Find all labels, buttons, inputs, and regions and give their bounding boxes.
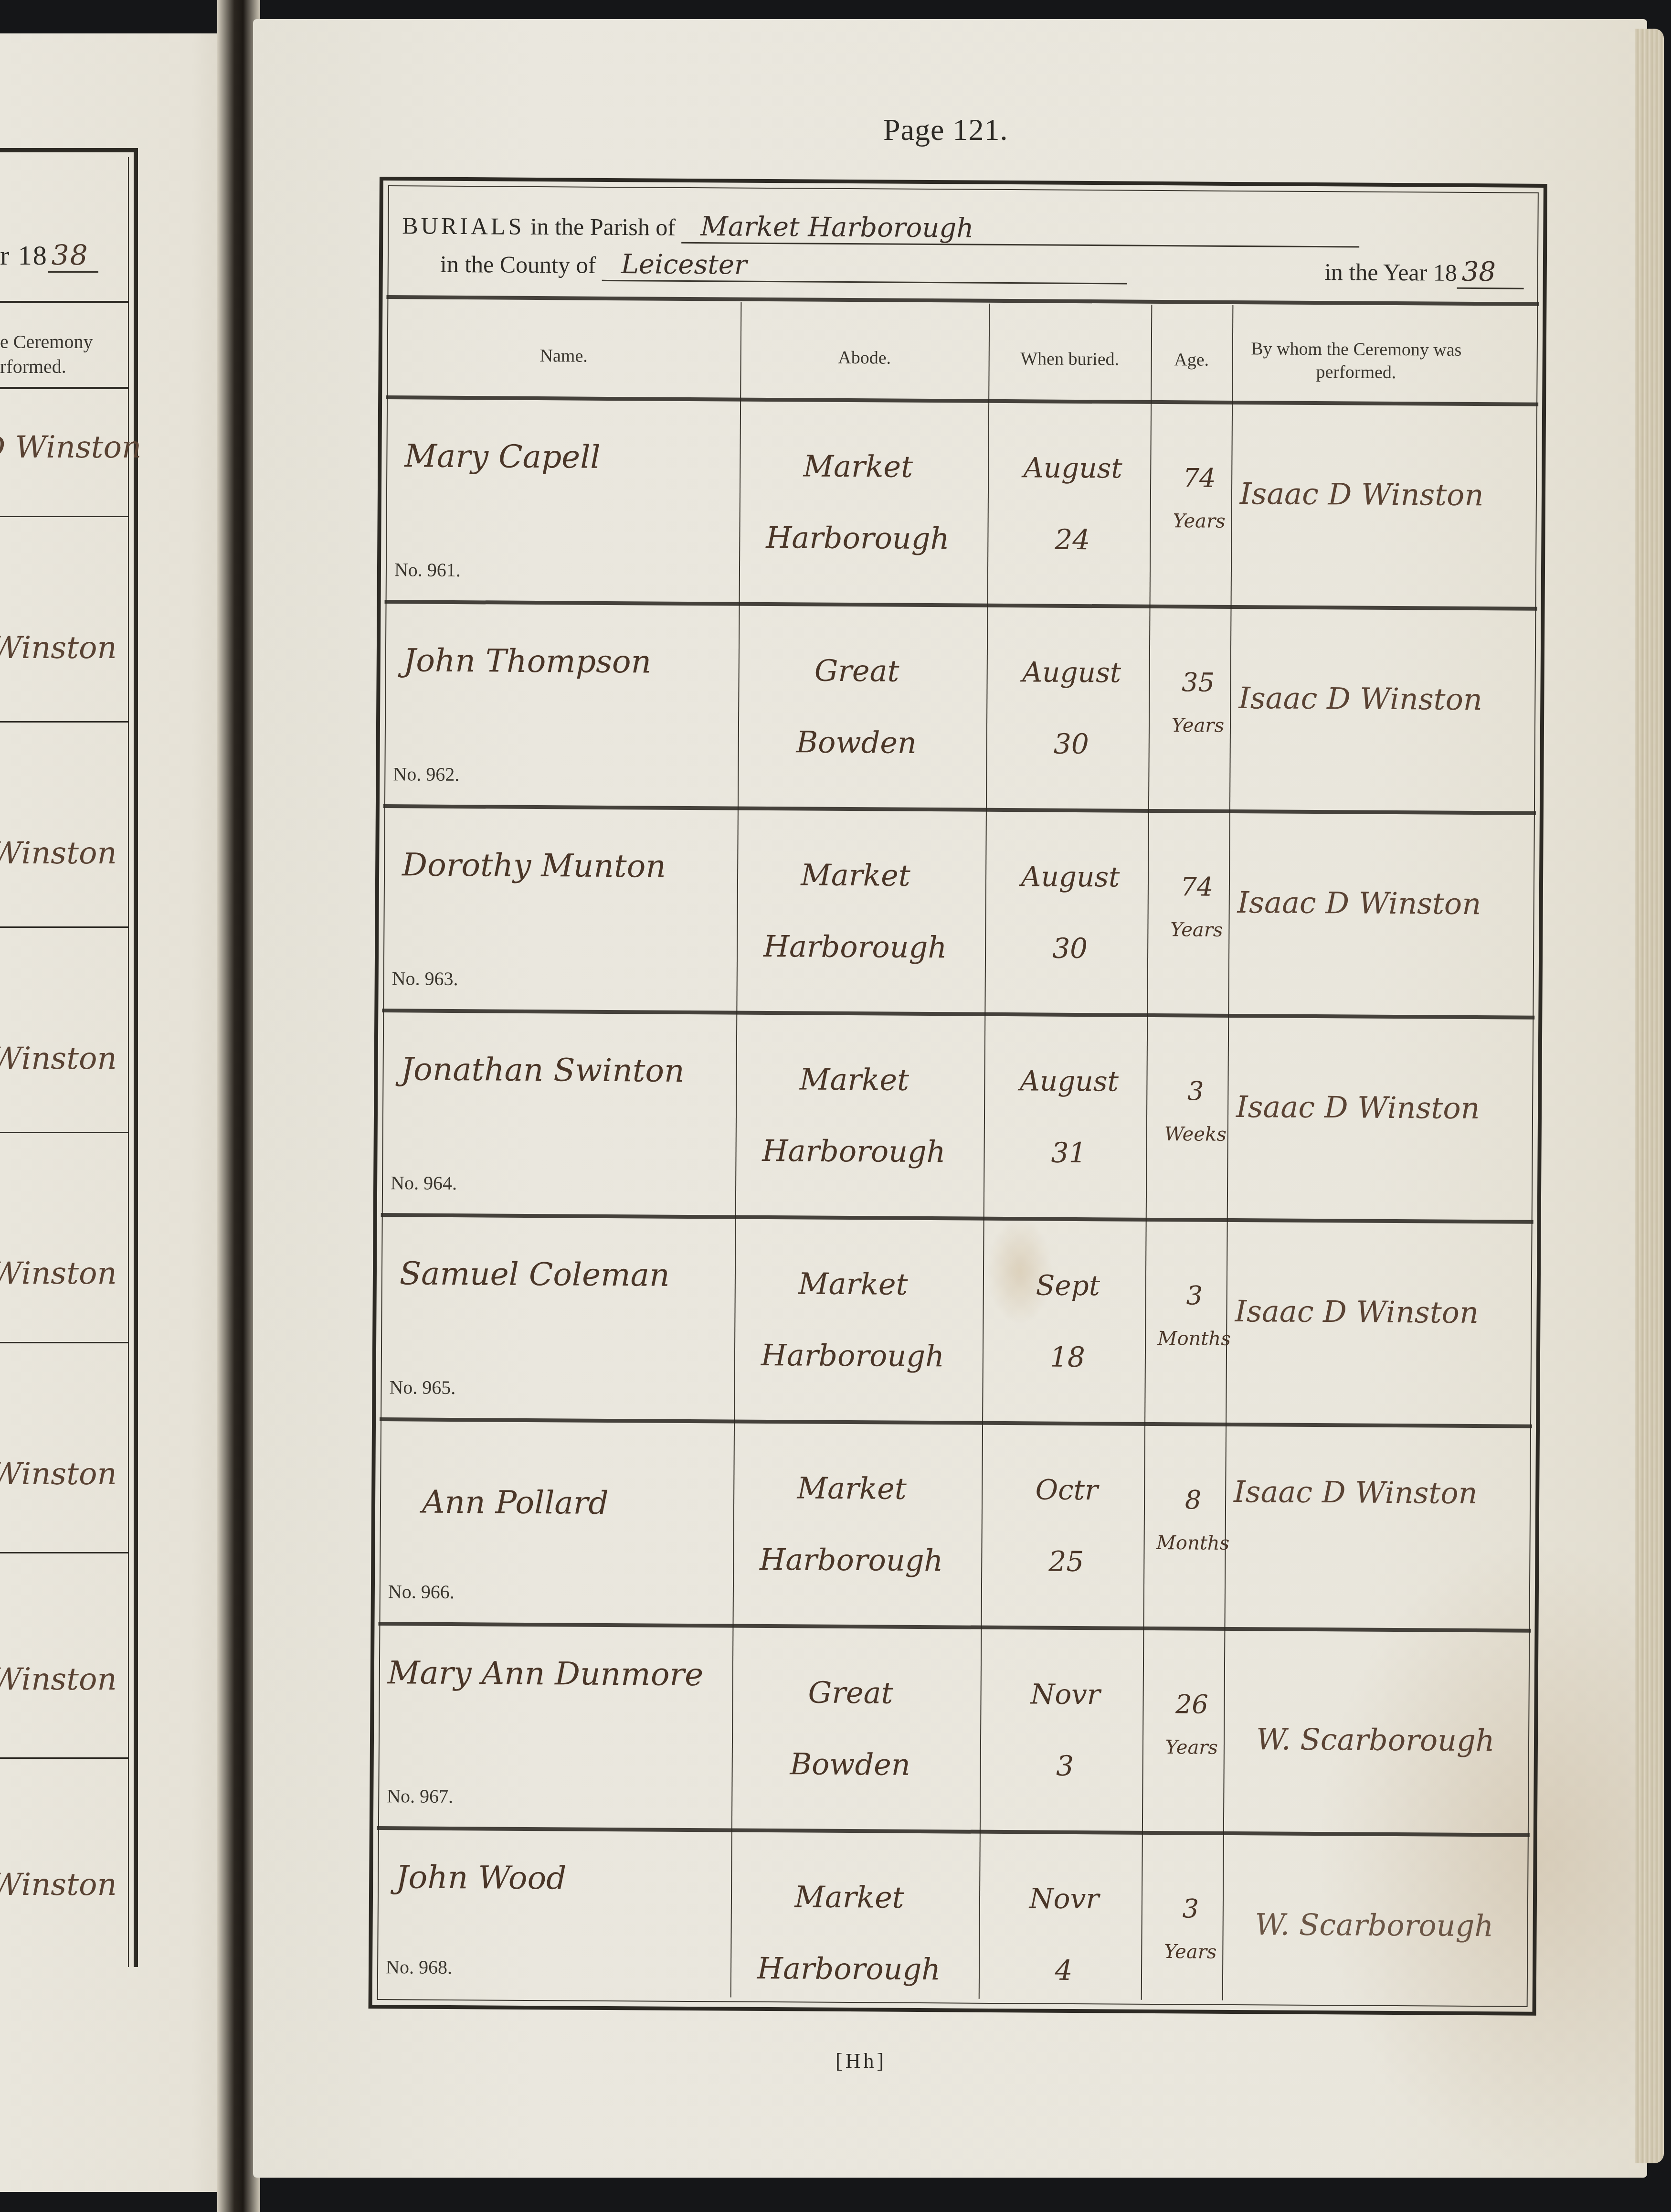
register-entry: Jonathan Swinton No. 964. MarketHarborou… <box>381 1012 1535 1220</box>
entry-abode: MarketHarborough <box>730 1861 969 2006</box>
entry-name: Mary Ann Dunmore <box>388 1654 704 1693</box>
entry-number: No. 962. <box>393 763 459 786</box>
left-row-rule <box>0 1552 129 1553</box>
left-row-rule <box>0 1132 129 1133</box>
burial-register-table: BURIALS in the Parish of Market Harborou… <box>369 177 1547 2016</box>
burials-title: BURIALS <box>402 212 524 240</box>
left-officiant-signature: Winston <box>0 1662 117 1697</box>
entry-age: 3Weeks <box>1155 1060 1237 1147</box>
page-number: Page 121. <box>883 112 1008 148</box>
county-line: in the County of Leicester <box>440 248 1127 285</box>
left-row-rule <box>0 1342 129 1343</box>
column-header-age: Age. <box>1151 324 1232 396</box>
entry-number: No. 968. <box>386 1956 452 1978</box>
entry-age: 3Years <box>1150 1878 1231 1964</box>
left-row-rule <box>0 721 129 723</box>
register-entry: John Thompson No. 962. GreatBowden Augus… <box>383 604 1537 811</box>
column-header-when-buried: When buried. <box>988 323 1151 395</box>
entry-age: 8Months <box>1152 1469 1234 1555</box>
entry-burial-date: Sept18 <box>986 1249 1149 1393</box>
register-entry: John Wood No. 968. MarketHarborough Novr… <box>376 1830 1530 2004</box>
entry-name: Jonathan Swinton <box>401 1051 684 1089</box>
register-entry: Mary Ann Dunmore No. 967. GreatBowden No… <box>377 1626 1531 1833</box>
register-entry: Mary Capell No. 961. MarketHarborough Au… <box>385 399 1539 607</box>
entry-number: No. 967. <box>387 1785 453 1808</box>
entry-officiant: Isaac D Winston <box>1240 476 1484 512</box>
entry-abode: GreatBowden <box>730 1657 970 1801</box>
register-entry: Dorothy Munton No. 963. MarketHarborough… <box>382 808 1536 1016</box>
left-officiant-signature: Winston <box>0 1867 117 1903</box>
left-row-rule <box>0 926 129 928</box>
left-officiant-signature: Winston <box>0 1041 117 1076</box>
entry-age: 35Years <box>1157 651 1239 738</box>
entry-abode: MarketHarborough <box>734 1043 974 1188</box>
entry-officiant: Isaac D Winston <box>1236 1089 1480 1126</box>
column-header-name: Name. <box>387 319 740 393</box>
entry-officiant: W. Scarborough <box>1256 1722 1495 1758</box>
entry-officiant: Isaac D Winston <box>1238 681 1482 717</box>
entry-burial-date: Novr3 <box>984 1658 1147 1802</box>
left-officiant-signature: Winston <box>0 836 117 871</box>
entry-burial-date: August30 <box>989 840 1152 985</box>
entry-number: No. 965. <box>389 1376 455 1399</box>
entry-officiant: Isaac D Winston <box>1234 1474 1478 1510</box>
entry-abode: MarketHarborough <box>733 1248 973 1393</box>
signature-mark: [Hh] <box>835 2049 887 2073</box>
left-column-header-fragment: e Ceremony rformed. <box>0 330 93 379</box>
left-officiant-signature: Winston <box>0 1256 117 1291</box>
year-line: in the Year 1838 <box>1324 255 1524 289</box>
entry-number: No. 961. <box>394 558 461 581</box>
left-row-rule <box>0 1757 129 1759</box>
entry-name: Mary Capell <box>404 437 601 476</box>
entry-burial-date: August24 <box>991 432 1154 576</box>
entry-officiant: Isaac D Winston <box>1237 885 1481 921</box>
entry-abode: MarketHarborough <box>738 430 978 575</box>
year-field: 38 <box>1457 256 1524 289</box>
entry-name: John Thompson <box>403 642 652 680</box>
column-header-abode: Abode. <box>740 321 989 394</box>
entry-age: 74Years <box>1158 447 1240 533</box>
header-rule <box>386 295 1539 306</box>
register-entry: Samuel Coleman No. 965. MarketHarborough… <box>380 1217 1534 1425</box>
left-officiant-signature: D Winston <box>0 430 141 465</box>
left-header-rule <box>0 387 129 389</box>
entry-name: John Wood <box>396 1859 567 1896</box>
entry-officiant: Isaac D Winston <box>1235 1294 1479 1330</box>
left-facing-page: r 1838 e Ceremony rformed. D Winston Win… <box>0 33 239 2192</box>
entry-name: Ann Pollard <box>422 1484 609 1521</box>
entry-burial-date: Novr4 <box>983 1862 1146 2007</box>
entry-number: No. 964. <box>391 1171 457 1194</box>
page-edges <box>1635 29 1664 2163</box>
entry-burial-date: Octr25 <box>985 1454 1148 1598</box>
entry-name: Samuel Coleman <box>400 1255 670 1293</box>
county-field: Leicester <box>602 249 1127 285</box>
entry-abode: GreatBowden <box>737 635 976 779</box>
entry-number: No. 966. <box>388 1580 455 1603</box>
entry-burial-date: August31 <box>987 1045 1151 1189</box>
left-officiant-signature: Winston <box>0 1457 117 1492</box>
parish-field: Market Harborough <box>681 211 1359 248</box>
left-year-label: r 1838 <box>0 239 98 271</box>
register-entry: Ann Pollard No. 966. MarketHarborough Oc… <box>379 1421 1533 1629</box>
entry-number: No. 963. <box>392 967 458 990</box>
left-officiant-signature: Winston <box>0 630 117 666</box>
column-header-officiant: By whom the Ceremony was performed. <box>1232 324 1481 397</box>
entry-officiant: W. Scarborough <box>1255 1907 1493 1943</box>
entry-name: Dorothy Munton <box>402 846 666 884</box>
left-row-rule <box>0 516 129 517</box>
entry-age: 3Months <box>1153 1265 1235 1351</box>
entry-burial-date: August30 <box>990 636 1153 780</box>
entry-abode: MarketHarborough <box>732 1452 972 1597</box>
register-page: Page 121. BURIALS in the Parish of Marke… <box>253 19 1647 2178</box>
parish-line: BURIALS in the Parish of Market Harborou… <box>402 209 1359 247</box>
entry-age: 74Years <box>1156 856 1237 942</box>
entry-age: 26Years <box>1151 1673 1233 1760</box>
register-header: BURIALS in the Parish of Market Harborou… <box>402 200 1524 297</box>
left-year-handwritten: 38 <box>48 239 98 273</box>
left-header-rule <box>0 301 129 303</box>
entry-abode: MarketHarborough <box>736 839 975 984</box>
